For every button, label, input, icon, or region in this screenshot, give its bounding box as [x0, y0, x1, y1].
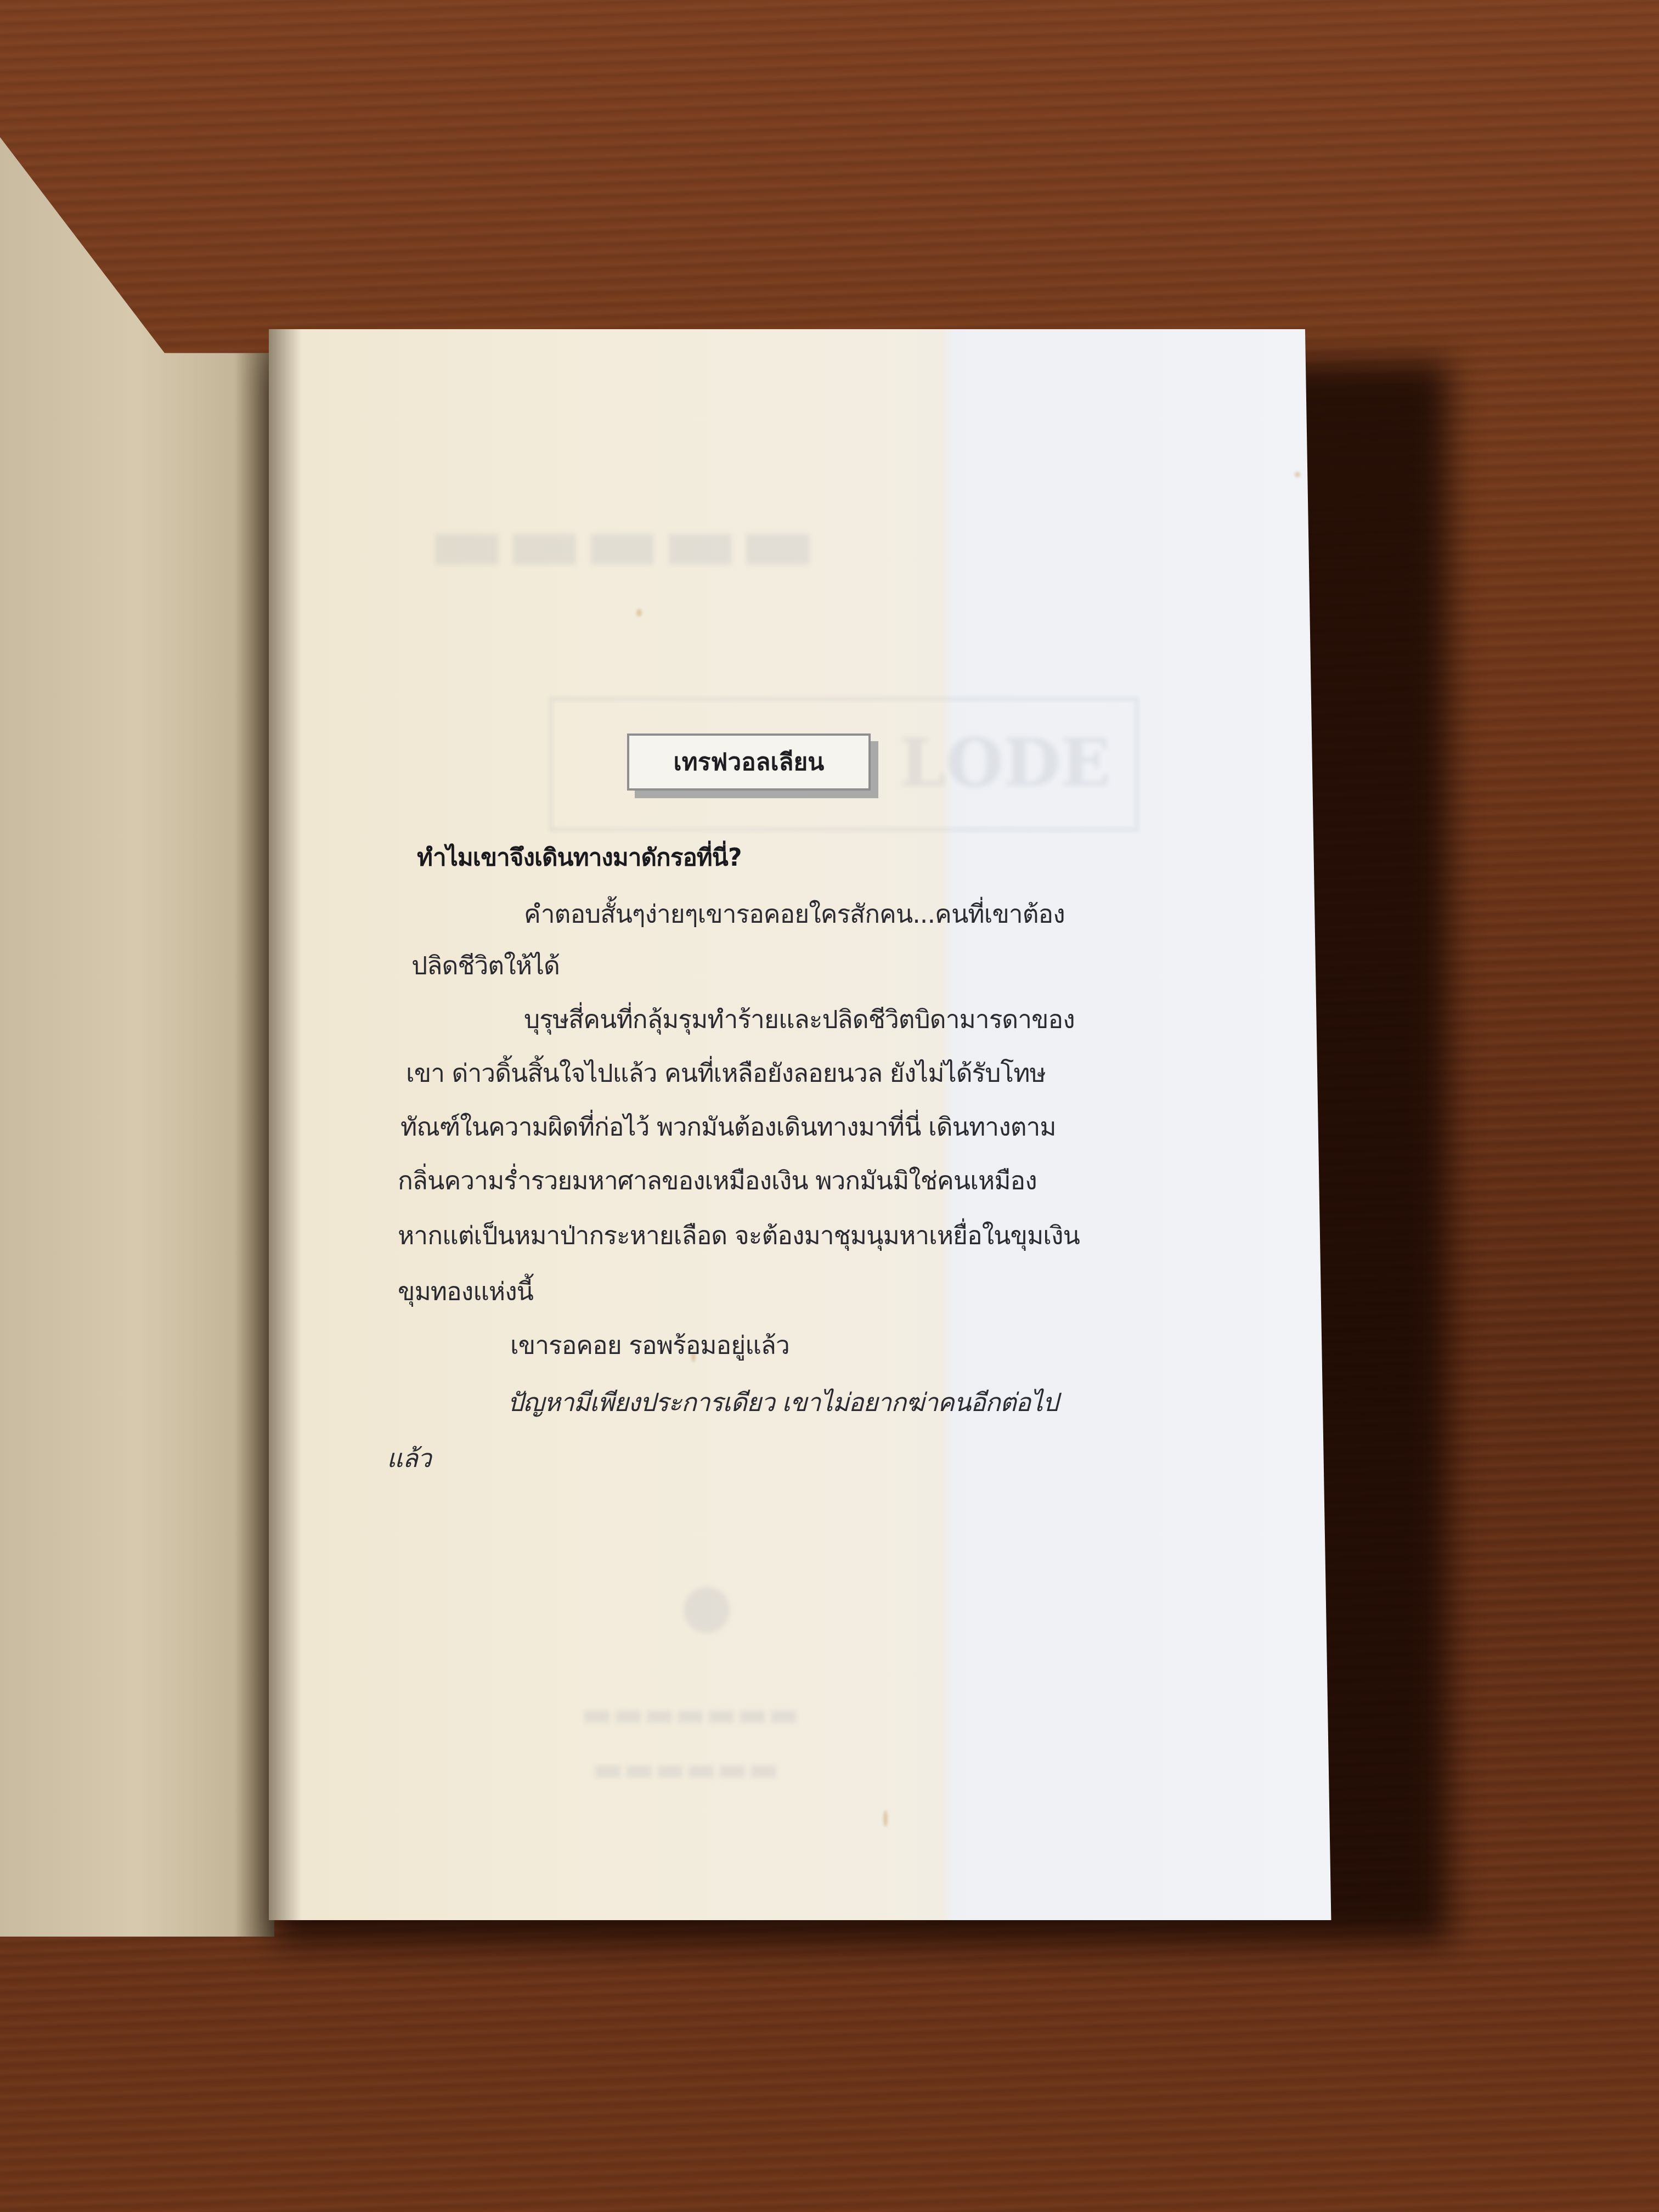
foxing-stain — [1295, 472, 1300, 477]
blurb-line: กลิ่นความร่ำรวยมหาศาลของเหมืองเงิน พวกมั… — [398, 1161, 1037, 1201]
blurb-heading: ทำไมเขาจึงเดินทางมาดักรอที่นี่? — [417, 838, 741, 877]
show-through-publisher: ▬▬▬▬▬▬▬ — [582, 1695, 799, 1734]
blurb-line: เขารอคอย รอพร้อมอยู่แล้ว — [510, 1325, 789, 1365]
blurb-line: คำตอบสั้นๆง่ายๆเขารอคอยใครสักคน...คนที่เ… — [524, 894, 1065, 934]
blurb-line: ทัณฑ์ในความผิดที่ก่อไว้ พวกมันต้องเดินทา… — [400, 1107, 1056, 1147]
character-name: เทรฟวอลเลียน — [674, 743, 825, 781]
blurb-line-italic: แล้ว — [387, 1438, 431, 1479]
blurb-line: เขา ด่าวดิ้นสิ้นใจไปแล้ว คนที่เหลือยังลอ… — [406, 1053, 1046, 1093]
show-through-title: ▬▬▬▬▬ — [428, 494, 817, 590]
show-through-logo: ● — [680, 1569, 733, 1640]
blurb-line-italic: ปัญหามีเพียงประการเดียว เขาไม่อยากฆ่าคนอ… — [507, 1383, 1058, 1423]
show-through-publisher-line2: ▬▬▬▬▬▬ — [592, 1750, 779, 1788]
blurb-line: ขุมทองแห่งนี้ — [398, 1272, 533, 1312]
left-facing-page — [0, 137, 274, 1937]
foxing-stain — [636, 609, 642, 617]
show-through-subtitle: LODE — [900, 724, 1110, 802]
blurb-line: บุรุษสี่คนที่กลุ้มรุมทำร้ายและปลิดชีวิตบ… — [524, 1000, 1075, 1040]
blurb-line: หากแต่เป็นหมาป่ากระหายเลือด จะต้องมาชุมน… — [398, 1216, 1080, 1256]
blurb-line: ปลิดชีวิตให้ได้ — [411, 946, 560, 986]
character-name-box: เทรฟวอลเลียน — [627, 733, 871, 791]
foxing-stain — [883, 1810, 888, 1827]
book-gutter — [269, 329, 302, 1920]
